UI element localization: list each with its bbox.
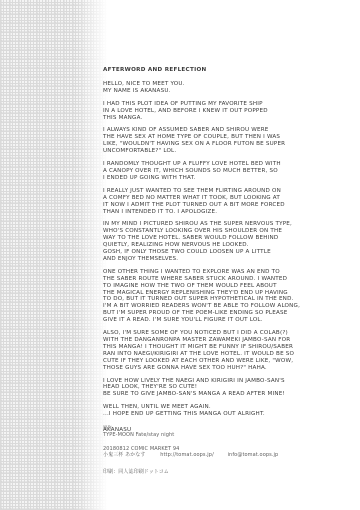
afterword-paragraph: I RANDOMLY THOUGHT UP A FLUFFY LOVE HOTE… xyxy=(103,161,353,182)
afterword-text-column: AFTERWORD AND REFLECTION HELLO, NICE TO … xyxy=(103,67,353,434)
afterword-paragraph: ALSO, I'M SURE SOME OF YOU NOTICED BUT I… xyxy=(103,330,353,371)
afterword-paragraph: I LOVE HOW LIVELY THE NAEGI AND KIRIGIRI… xyxy=(103,378,353,399)
afterword-page: AFTERWORD AND REFLECTION HELLO, NICE TO … xyxy=(0,0,360,510)
afterword-paragraph: HELLO, NICE TO MEET YOU. MY NAME IS AKAN… xyxy=(103,81,353,95)
afterword-paragraph: ONE OTHER THING I WANTED TO EXPLORE WAS … xyxy=(103,269,353,324)
left-margin-texture xyxy=(0,0,112,510)
website-url: http://tomat.oops.jp/ xyxy=(160,452,214,459)
afterword-paragraph: I ALWAYS KIND OF ASSUMED SABER AND SHIRO… xyxy=(103,127,353,155)
original-work-credit: TYPE-MOON Fate/stay night xyxy=(103,432,353,439)
circle-contact-row: 小鬼三杯 あかなす http://tomat.oops.jp/ info@tom… xyxy=(103,452,353,459)
email-address: info@tomat.oops.jp xyxy=(228,452,279,458)
printing-credit: 印刷：同人誌印刷ドットコム xyxy=(103,469,353,476)
afterword-paragraph: WELL THEN, UNTIL WE MEET AGAIN. ...I HOP… xyxy=(103,404,353,418)
afterword-paragraph: I REALLY JUST WANTED TO SEE THEM FLIRTIN… xyxy=(103,188,353,216)
circle-name: 小鬼三杯 あかなす xyxy=(103,452,146,459)
afterword-paragraph: IN MY MIND I PICTURED SHIROU AS THE SUPE… xyxy=(103,221,353,262)
credits-block: 原作 TYPE-MOON Fate/stay night 20180812 CO… xyxy=(103,426,353,475)
afterword-paragraph: I HAD THIS PLOT IDEA OF PUTTING MY FAVOR… xyxy=(103,101,353,122)
afterword-title: AFTERWORD AND REFLECTION xyxy=(103,67,353,74)
